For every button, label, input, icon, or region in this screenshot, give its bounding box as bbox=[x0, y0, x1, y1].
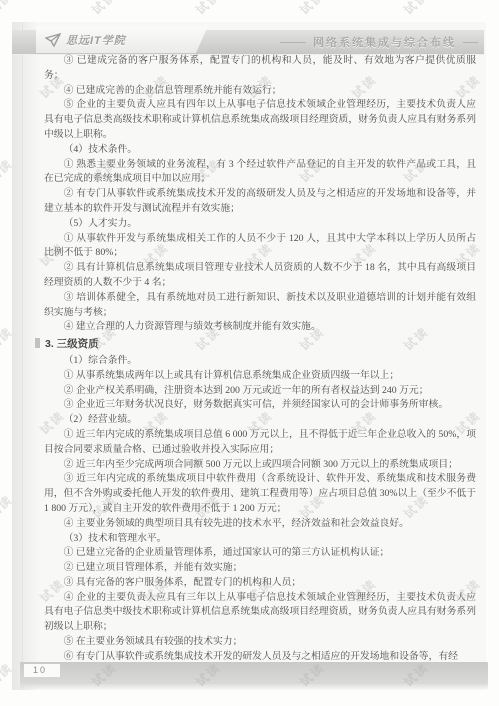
header-rule-right bbox=[463, 42, 478, 43]
paragraph: ③ 培训体系健全，具有系统地对员工进行新知识、新技术以及职业道德培训的计划并能有… bbox=[44, 291, 476, 321]
paragraph: ④ 已建成完善的企业信息管理系统并能有效运行； bbox=[44, 84, 476, 99]
paragraph: ③ 具有完备的客户服务体系，配置专门的机构和人员； bbox=[44, 576, 476, 591]
page-edge-line bbox=[22, 22, 23, 690]
footer-fade bbox=[20, 684, 488, 690]
paragraph: （2）经营业绩。 bbox=[44, 413, 476, 428]
paragraph: （5）人才实力。 bbox=[44, 217, 476, 232]
paragraph: ④ 企业的主要负责人应具有三年以上从事电子信息技术领域企业管理经历，主要技术负责… bbox=[44, 591, 476, 635]
paragraph: ③ 近三年内完成的系统集成项目中软件费用（含系统设计、软件开发、系统集成和技术服… bbox=[44, 472, 476, 516]
paragraph: ① 近三年内完成的系统集成项目总值 6 000 万元以上，且不得低于近三年企业总… bbox=[44, 428, 476, 458]
page-number: 10 bbox=[24, 664, 60, 677]
page-number-box: 10 bbox=[24, 664, 60, 677]
paragraph: ② 具有计算机信息系统集成项目管理专业技术人员资质的人数不少于 18 名，其中具… bbox=[44, 261, 476, 291]
paragraph: ⑤ 在主要业务领域具有较强的技术实力； bbox=[44, 635, 476, 650]
paragraph: （4）技术条件。 bbox=[44, 143, 476, 158]
footer-bar: 10 bbox=[20, 662, 488, 684]
watermark-text: 试读 bbox=[192, 0, 224, 18]
paragraph: ④ 建立合理的人力资源管理与绩效考核制度并能有效实施。 bbox=[44, 320, 476, 335]
paragraph: ② 有专门从事软件或系统集成技术开发的高级研发人员及与之相适应的开发场地和设备等… bbox=[44, 187, 476, 217]
paragraph: ③ 企业近三年财务状况良好，财务数据真实可信，并须经国家认可的会计师事务所审核。 bbox=[44, 398, 476, 413]
paragraph: ① 熟悉主要业务领域的业务流程，有 3 个经过软件产品登记的自主开发的软件产品或… bbox=[44, 158, 476, 188]
scanned-page: 思远IT学院 网络系统集成与综合布线 10 ③ 已建成完备的客户服务体系，配置专… bbox=[0, 0, 499, 706]
section-heading: 3. 三级资质 bbox=[35, 337, 476, 352]
paragraph: ① 从事软件开发与系统集成相关工作的人员不少于 120 人，且其中大学本科以上学… bbox=[44, 232, 476, 262]
header-title-group: 网络系统集成与综合布线 bbox=[280, 30, 478, 54]
header-title: 网络系统集成与综合布线 bbox=[313, 34, 456, 50]
header-rule-left bbox=[280, 42, 306, 43]
paragraph: ① 从事系统集成两年以上或具有计算机信息系统集成企业资质四级一年以上； bbox=[44, 369, 476, 384]
paragraph: ⑥ 有专门从事软件或系统集成技术开发的研发人员及与之相适应的开发场地和设备等，有… bbox=[44, 650, 476, 665]
paragraph: ② 企业产权关系明确，注册资本达到 200 万元或近一年的所有者权益达到 240… bbox=[44, 384, 476, 399]
watermark-text: 试读 bbox=[296, 0, 328, 18]
paper-plane-icon bbox=[45, 33, 61, 47]
section-marker-icon bbox=[35, 338, 40, 348]
section-heading-text: 3. 三级资质 bbox=[45, 338, 99, 350]
logo-text: 思远IT学院 bbox=[66, 32, 126, 48]
page-gutter-shading bbox=[12, 22, 40, 690]
logo-tab: 思远IT学院 bbox=[36, 26, 208, 53]
watermark-text: 试读 bbox=[0, 0, 16, 18]
paragraph: ③ 已建成完备的客户服务体系，配置专门的机构和人员，能及时、有效地为客户提供优质… bbox=[44, 54, 476, 84]
paragraph: （3）技术和管理水平。 bbox=[44, 532, 476, 547]
header-bar: 思远IT学院 网络系统集成与综合布线 bbox=[12, 30, 484, 55]
paragraph: （1）综合条件。 bbox=[44, 354, 476, 369]
paragraph: ⑤ 企业的主要负责人应具有四年以上从事电子信息技术领域企业管理经历，主要技术负责… bbox=[44, 98, 476, 142]
page-content: ③ 已建成完备的客户服务体系，配置专门的机构和人员，能及时、有效地为客户提供优质… bbox=[44, 54, 476, 665]
watermark-text: 试读 bbox=[400, 0, 432, 18]
paragraph: ④ 主要业务领域的典型项目具有较先进的技术水平，经济效益和社会效益良好。 bbox=[44, 517, 476, 532]
paragraph: ① 已建立完备的企业质量管理体系，通过国家认可的第三方认证机构认证； bbox=[44, 546, 476, 561]
paragraph: ② 近三年内至少完成两项合同额 500 万元以上或四项合同额 300 万元以上的… bbox=[44, 458, 476, 473]
paragraph: ② 已建立项目管理体系，并能有效实施； bbox=[44, 561, 476, 576]
watermark-text: 试读 bbox=[88, 0, 120, 18]
